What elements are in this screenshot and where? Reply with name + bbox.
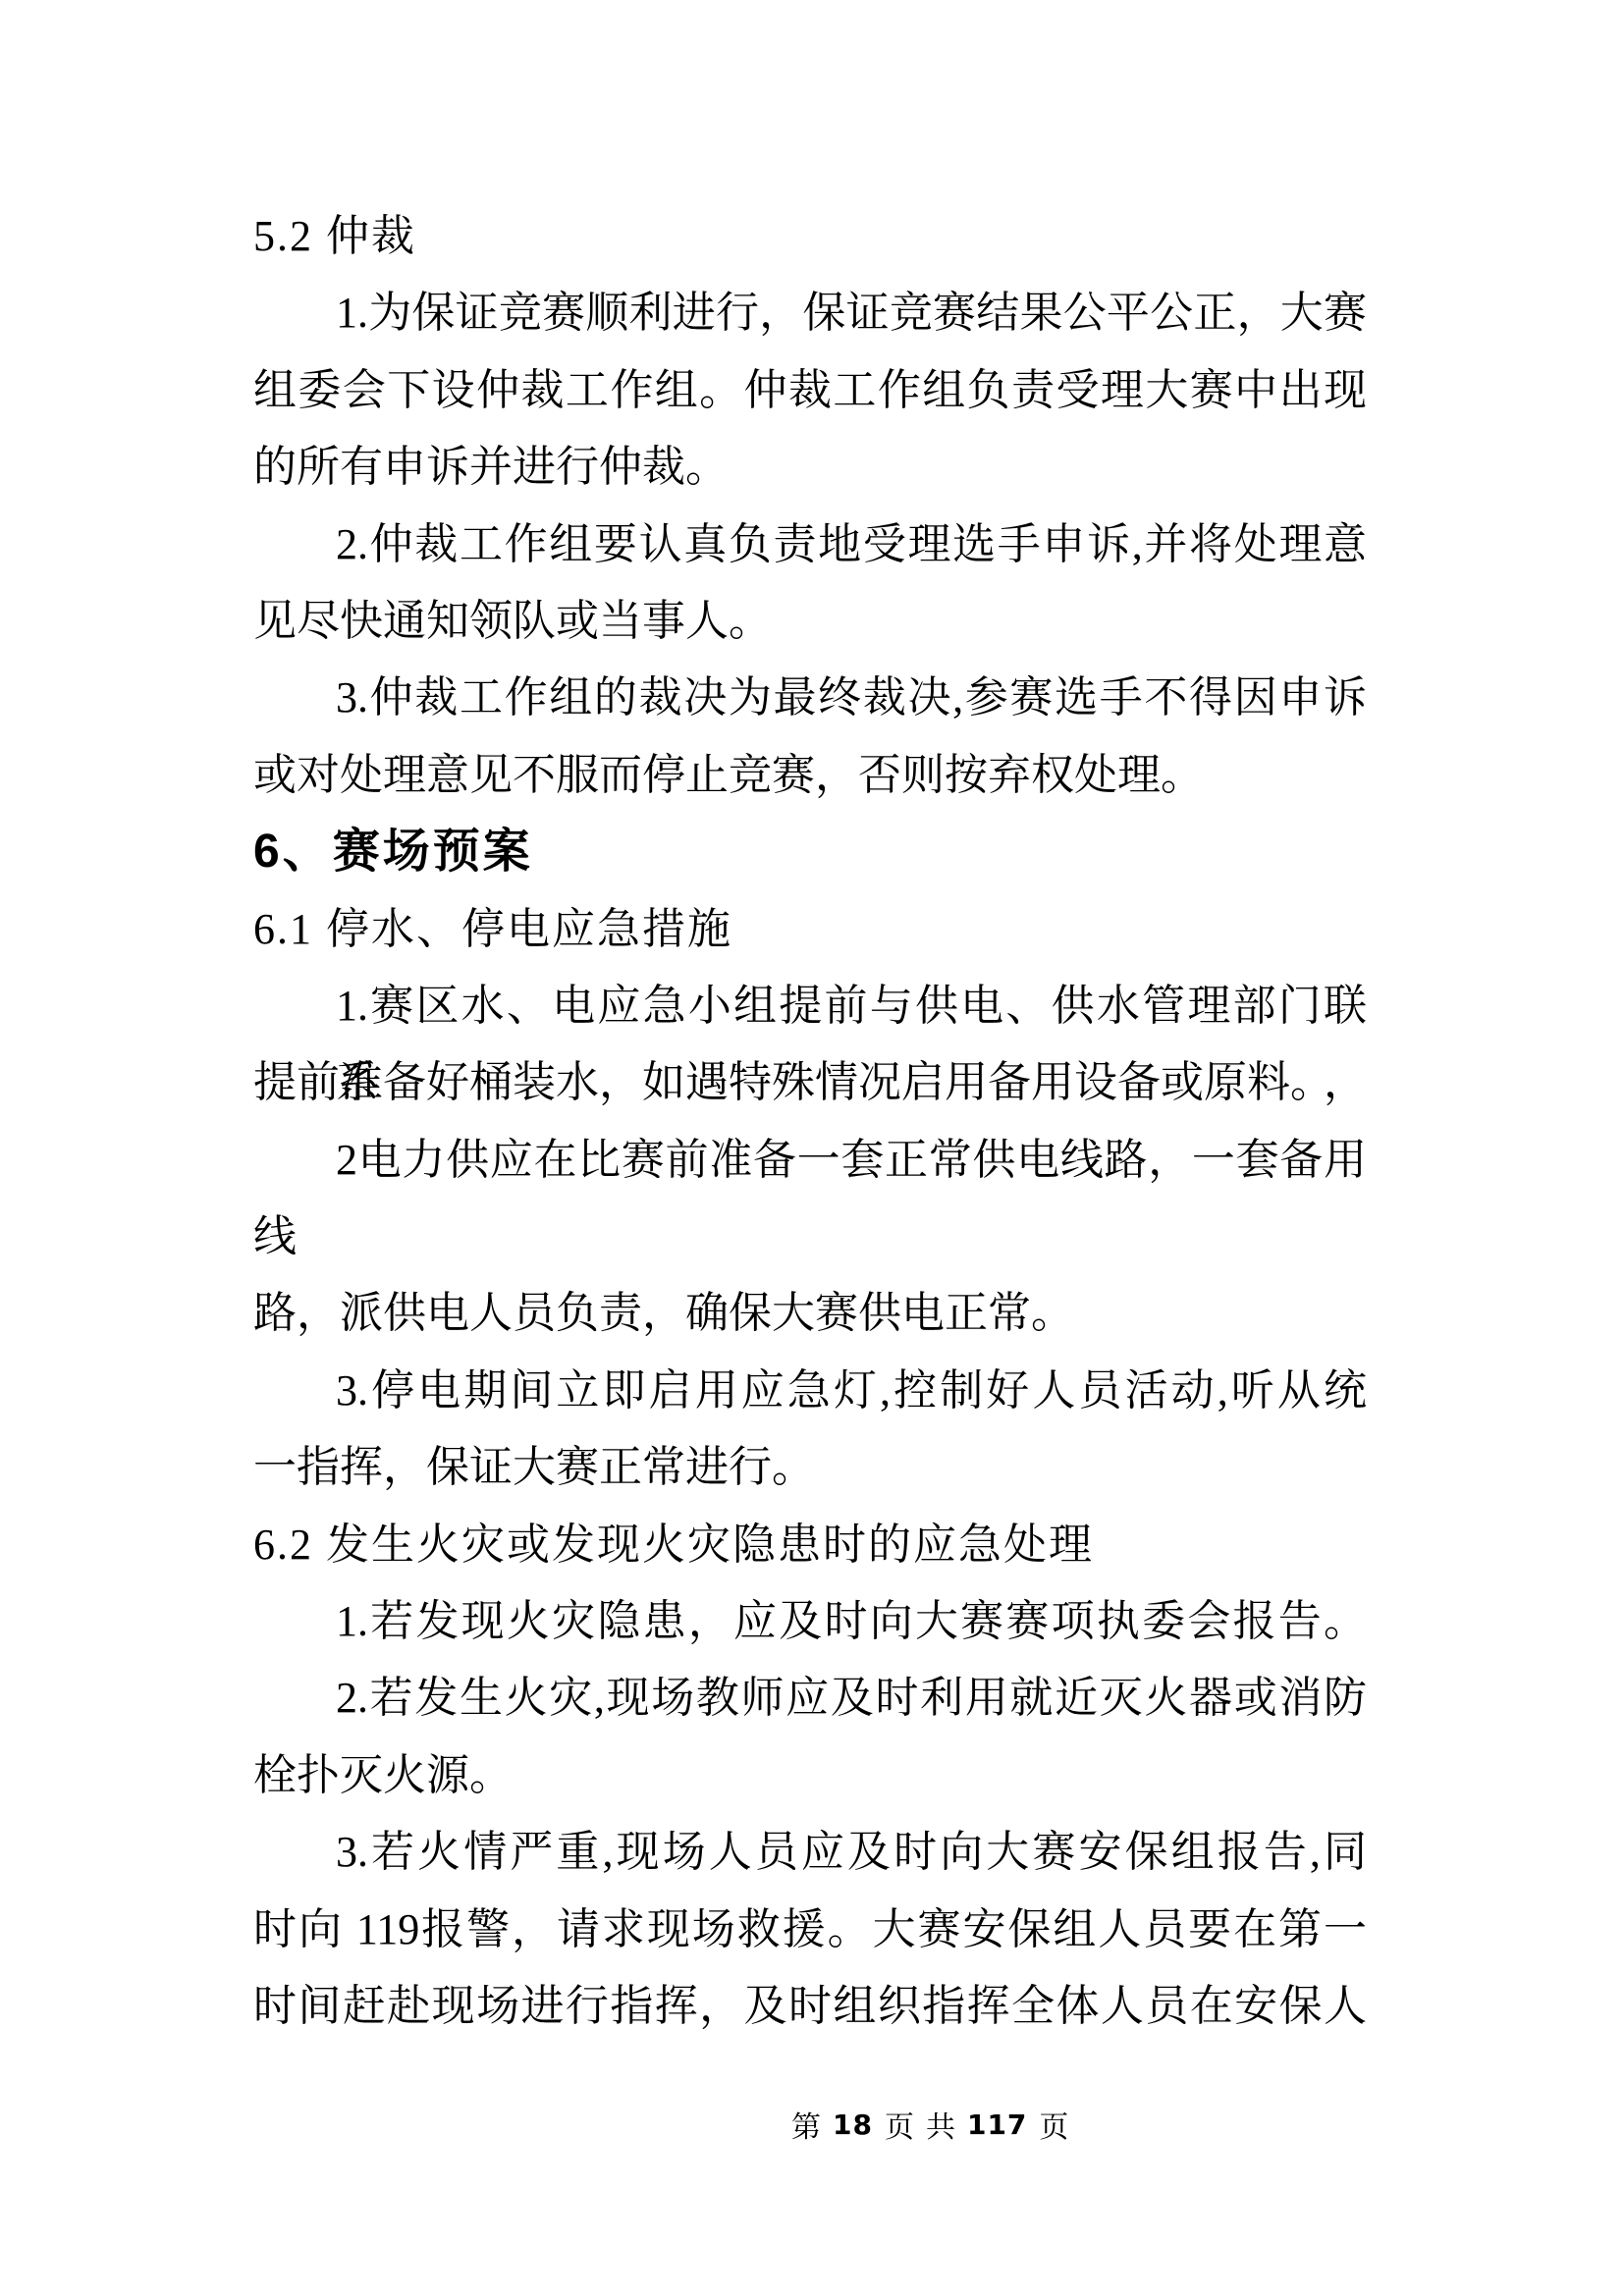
section-heading: 6、赛场预案 <box>253 814 1367 890</box>
document-body: 5.2 仲裁1.为保证竞赛顺利进行，保证竞赛结果公平公正，大赛组委会下设仲裁工作… <box>253 198 1367 2045</box>
text-line: 组委会下设仲裁工作组。仲裁工作组负责受理大赛中出现 <box>253 352 1367 429</box>
subsection-heading: 5.2 仲裁 <box>253 198 1367 275</box>
footer-page-number: 18 <box>833 2109 873 2141</box>
text-line: 3.停电期间立即启用应急灯,控制好人员活动,听从统 <box>253 1353 1367 1429</box>
text-line: 或对处理意见不服而停止竞赛，否则按弃权处理。 <box>253 737 1367 814</box>
footer-page-unit: 页 <box>885 2103 914 2146</box>
text-line: 2.仲裁工作组要认真负责地受理选手申诉,并将处理意 <box>253 507 1367 583</box>
text-line: 1.赛区水、电应急小组提前与供电、供水管理部门联系， <box>253 968 1367 1044</box>
subsection-heading: 6.1 停水、停电应急措施 <box>253 891 1367 968</box>
document-page: 5.2 仲裁1.为保证竞赛顺利进行，保证竞赛结果公平公正，大赛组委会下设仲裁工作… <box>0 0 1624 2296</box>
text-line: 3.仲裁工作组的裁决为最终裁决,参赛选手不得因申诉 <box>253 660 1367 736</box>
text-line: 路，派供电人员负责，确保大赛供电正常。 <box>253 1275 1367 1352</box>
text-line: 一指挥，保证大赛正常进行。 <box>253 1429 1367 1506</box>
page-footer: 第 18 页 共 117 页 <box>791 2105 1068 2144</box>
text-line: 栓扑灭火源。 <box>253 1737 1367 1814</box>
text-line: 2.若发生火灾,现场教师应及时利用就近灭火器或消防 <box>253 1660 1367 1736</box>
text-line: 见尽快通知领队或当事人。 <box>253 583 1367 660</box>
footer-prefix: 第 <box>791 2103 821 2146</box>
text-line: 3.若火情严重,现场人员应及时向大赛安保组报告,同 <box>253 1814 1367 1891</box>
text-line: 的所有申诉并进行仲裁。 <box>253 429 1367 506</box>
text-line: 时向 119报警，请求现场救援。大赛安保组人员要在第一 <box>253 1892 1367 1968</box>
text-line: 2电力供应在比赛前准备一套正常供电线路，一套备用 <box>253 1122 1367 1199</box>
footer-total-pages: 117 <box>967 2109 1027 2141</box>
footer-total-unit: 页 <box>1039 2103 1068 2146</box>
text-line: 线 <box>253 1199 1367 1275</box>
text-line: 1.若发现火灾隐患，应及时向大赛赛项执委会报告。 <box>253 1583 1367 1660</box>
text-line: 提前准备好桶装水，如遇特殊情况启用备用设备或原料。 <box>253 1044 1367 1121</box>
text-line: 时间赶赴现场进行指挥，及时组织指挥全体人员在安保人 <box>253 1968 1367 2045</box>
subsection-heading: 6.2 发生火灾或发现火灾隐患时的应急处理 <box>253 1507 1367 1583</box>
footer-conjunction: 共 <box>926 2103 955 2146</box>
text-line: 1.为保证竞赛顺利进行，保证竞赛结果公平公正，大赛 <box>253 275 1367 351</box>
